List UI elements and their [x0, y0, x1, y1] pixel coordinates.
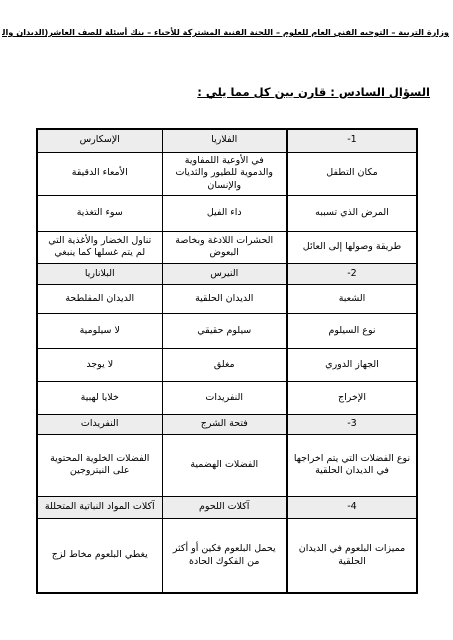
comparison-row: نوع السيلومسيلوم حقيقيلا سيلومية [37, 313, 417, 348]
comparison-row: مكان التطفلفي الأوعية اللمفاوية والدموية… [37, 152, 417, 195]
value-cell-b: لا سيلومية [37, 313, 162, 348]
section-number-cell: -3 [287, 414, 417, 434]
value-cell-a: يحمل البلعوم فكين أو أكثر من الفكوك الحا… [162, 518, 287, 593]
value-cell-b: يغطي البلعوم مخاط لزج [37, 518, 162, 593]
section-number-cell: -4 [287, 496, 417, 518]
value-cell-a: مغلق [162, 348, 287, 381]
comparison-row: الإخراجالنفريداتخلايا لهبية [37, 381, 417, 414]
value-cell-a: سيلوم حقيقي [162, 313, 287, 348]
comparison-table: -1الفلارياالإسكارسمكان التطفلفي الأوعية … [36, 128, 418, 594]
section-item-b-cell: النفريدات [37, 414, 162, 434]
section-item-a-cell: فتحة الشرج [162, 414, 287, 434]
section-header-row: -2النيرسالبلاناريا [37, 263, 417, 284]
comparison-row: الجهاز الدوريمغلقلا يوجد [37, 348, 417, 381]
value-cell-a: الفضلات الهضمية [162, 434, 287, 496]
value-cell-b: لا يوجد [37, 348, 162, 381]
section-item-a-cell: الفلاريا [162, 129, 287, 152]
comparison-label-cell: الإخراج [287, 381, 417, 414]
value-cell-b: الأمعاء الدقيقة [37, 152, 162, 195]
comparison-row: مميزات البلعوم في الديدان الحلقيةيحمل ال… [37, 518, 417, 593]
value-cell-b: خلايا لهبية [37, 381, 162, 414]
comparison-row: الشعبةالديدان الحلقيةالديدان المفلطحة [37, 284, 417, 313]
section-header-row: -3فتحة الشرجالنفريدات [37, 414, 417, 434]
comparison-label-cell: مميزات البلعوم في الديدان الحلقية [287, 518, 417, 593]
comparison-label-cell: طريقة وصولها إلى العائل [287, 231, 417, 263]
section-number-cell: -2 [287, 263, 417, 284]
section-item-a-cell: آكلات اللحوم [162, 496, 287, 518]
section-header-row: -1الفلارياالإسكارس [37, 129, 417, 152]
section-number-cell: -1 [287, 129, 417, 152]
question-title: السؤال السادس : قارن بين كل مما يلي : [197, 85, 430, 99]
comparison-label-cell: مكان التطفل [287, 152, 417, 195]
section-item-b-cell: آكلات المواد النباتية المتحللة [37, 496, 162, 518]
value-cell-a: النفريدات [162, 381, 287, 414]
comparison-table-body: -1الفلارياالإسكارسمكان التطفلفي الأوعية … [37, 129, 417, 593]
value-cell-b: سوء التغذية [37, 195, 162, 231]
comparison-label-cell: نوع السيلوم [287, 313, 417, 348]
page-header-line: وزارة التربية – التوجيه الفني العام للعل… [2, 27, 449, 37]
section-item-b-cell: الإسكارس [37, 129, 162, 152]
comparison-label-cell: المرض الذي تسببه [287, 195, 417, 231]
section-item-b-cell: البلاناريا [37, 263, 162, 284]
value-cell-b: الديدان المفلطحة [37, 284, 162, 313]
value-cell-a: في الأوعية اللمفاوية والدموية للطيور وال… [162, 152, 287, 195]
comparison-row: نوع الفضلات التي يتم اخراجها في الديدان … [37, 434, 417, 496]
comparison-label-cell: الشعبة [287, 284, 417, 313]
value-cell-a: داء الفيل [162, 195, 287, 231]
section-item-a-cell: النيرس [162, 263, 287, 284]
comparison-label-cell: الجهاز الدوري [287, 348, 417, 381]
comparison-row: طريقة وصولها إلى العائلالحشرات اللادغة و… [37, 231, 417, 263]
value-cell-b: تناول الخضار والأغذية التي لم يتم غسلها … [37, 231, 162, 263]
section-header-row: -4آكلات اللحومآكلات المواد النباتية المت… [37, 496, 417, 518]
comparison-label-cell: نوع الفضلات التي يتم اخراجها في الديدان … [287, 434, 417, 496]
value-cell-b: الفضلات الخلوية المحتوية على النيتروجين [37, 434, 162, 496]
comparison-row: المرض الذي تسببهداء الفيلسوء التغذية [37, 195, 417, 231]
document-page: وزارة التربية – التوجيه الفني العام للعل… [0, 0, 453, 640]
value-cell-a: الديدان الحلقية [162, 284, 287, 313]
value-cell-a: الحشرات اللادغة وبخاصة البعوض [162, 231, 287, 263]
